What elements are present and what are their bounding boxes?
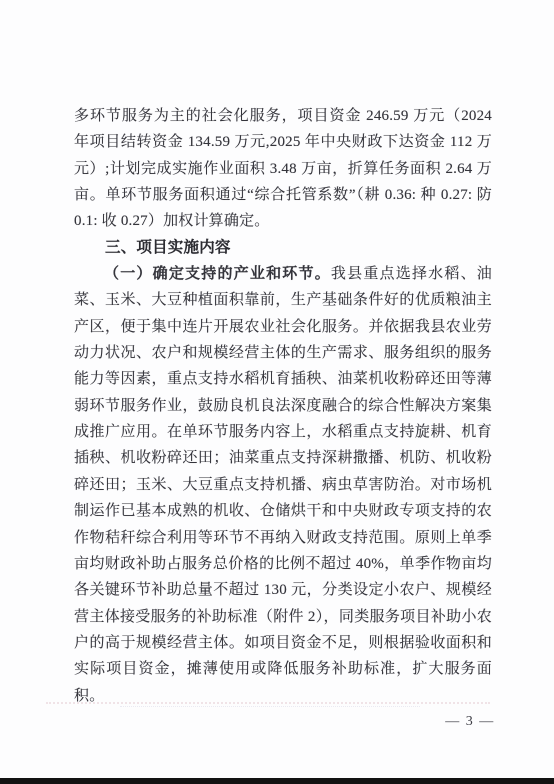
section-heading: 三、项目实施内容 (74, 235, 492, 261)
scanned-document-page: 多环节服务为主的社会化服务，项目资金 246.59 万元（2024 年项目结转资… (0, 0, 554, 784)
subsection-lead: （一）确定支持的产业和环节。 (104, 266, 331, 282)
paragraph-continuation: 多环节服务为主的社会化服务，项目资金 246.59 万元（2024 年项目结转资… (74, 103, 492, 235)
page-number: — 3 — (440, 714, 500, 730)
subsection-body-text: 我县重点选择水稻、油菜、玉米、大豆种植面积靠前，生产基础条件好的优质粮油主产区，… (74, 266, 492, 704)
scan-artifact-dots (46, 702, 490, 704)
subsection-paragraph: （一）确定支持的产业和环节。我县重点选择水稻、油菜、玉米、大豆种植面积靠前，生产… (74, 261, 492, 709)
scan-artifact-dots-secondary (120, 706, 420, 707)
scan-edge-bar (0, 778, 554, 784)
document-body: 多环节服务为主的社会化服务，项目资金 246.59 万元（2024 年项目结转资… (74, 103, 492, 709)
